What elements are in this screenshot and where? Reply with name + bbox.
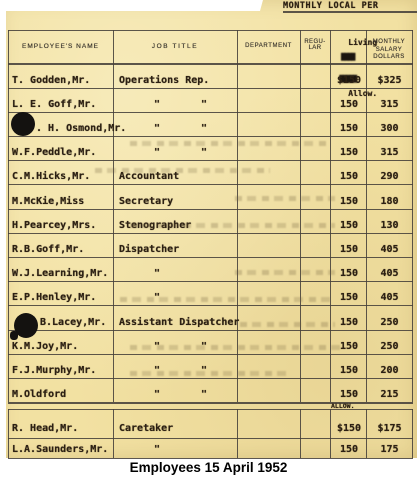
top-note-underline: [283, 11, 417, 13]
living-allowance: 150: [330, 244, 368, 255]
monthly-salary: 250: [365, 341, 414, 352]
job-title: Secretary: [119, 196, 173, 207]
employee-name: K.M.Joy,Mr.: [12, 341, 78, 352]
salary-line3: DOLLARS: [373, 54, 405, 60]
table-row: . H. Osmond,Mr. " " 150 300: [8, 123, 412, 137]
bleed-through: [130, 141, 330, 146]
table-row: B.Lacey,Mr. Assistant Dispatcher 150 250: [8, 317, 412, 331]
column-header-monthly-salary: MONTHLY SALARY DOLLARS: [366, 39, 412, 62]
bleed-through: [120, 297, 335, 302]
monthly-salary: 130: [365, 220, 414, 231]
table-line: [8, 438, 413, 439]
monthly-salary: 290: [365, 171, 414, 182]
column-header-employee-name: EMPLOYEE'S NAME: [8, 43, 113, 50]
monthly-salary: 405: [365, 292, 414, 303]
employee-name: . H. Osmond,Mr.: [36, 123, 126, 134]
living-allowance: 150: [330, 444, 368, 455]
monthly-salary: $325: [365, 75, 414, 86]
living-allowance: 150: [330, 196, 368, 207]
hole-punch: [11, 112, 35, 136]
hole-punch: [10, 331, 18, 340]
bleed-through: [130, 371, 290, 376]
column-header-job-title: JOB TITLE: [113, 43, 237, 50]
ditto-mark: ": [201, 123, 207, 134]
living-allowance: 150: [330, 123, 368, 134]
ditto-mark: ": [201, 99, 207, 110]
bleed-through: [130, 223, 335, 228]
caption: Employees 15 April 1952: [0, 460, 417, 475]
ditto-mark: ": [154, 444, 160, 455]
monthly-salary: 200: [365, 365, 414, 376]
job-title: Caretaker: [119, 423, 173, 434]
living-allowance: 150: [330, 268, 368, 279]
employee-name: M.Oldford: [12, 389, 66, 400]
bleed-through: [130, 345, 340, 350]
employee-name: B.Lacey,Mr.: [40, 317, 106, 328]
column-header-department: DEPARTMENT: [237, 43, 300, 49]
table-line: [8, 458, 413, 459]
monthly-salary: 180: [365, 196, 414, 207]
bleed-through: [240, 322, 335, 327]
monthly-salary: 315: [365, 147, 414, 158]
salary-line2: SALARY: [376, 47, 403, 53]
column-header-regular: REGU- LAR: [300, 39, 330, 51]
table-row: T. Godden,Mr. Operations Rep. $150 $325: [8, 75, 412, 89]
ditto-mark: ": [154, 123, 160, 134]
table-row: C.M.Hicks,Mr. Accountant 150 290: [8, 171, 412, 185]
living-allowance: 150: [330, 220, 368, 231]
living-struck-text: ████: [329, 54, 367, 61]
table-row: W.F.Peddle,Mr. " " 150 315: [8, 147, 412, 161]
table-row: R. Head,Mr. Caretaker $150 $175: [8, 423, 412, 437]
monthly-salary: $175: [365, 423, 414, 434]
living-allowance: 150: [330, 317, 368, 328]
ditto-mark: ": [154, 99, 160, 110]
ditto-mark: ": [201, 147, 207, 158]
living-allowance: 150: [330, 99, 368, 110]
living-allowance: 150: [330, 292, 368, 303]
employee-name: T. Godden,Mr.: [12, 75, 90, 86]
employee-name: F.J.Murphy,Mr.: [12, 365, 96, 376]
regular-line2: LAR: [309, 45, 322, 51]
living-allowance: 150: [330, 389, 368, 400]
living-line2: Allow.: [348, 89, 377, 98]
living-allowance: $150: [330, 75, 368, 86]
ditto-mark: ": [154, 268, 160, 279]
employee-name: H.Pearcey,Mrs.: [12, 220, 96, 231]
job-title: Dispatcher: [119, 244, 179, 255]
living-allowance: 150: [330, 365, 368, 376]
bleed-through: [235, 270, 335, 275]
top-note: MONTHLY LOCAL PER: [283, 1, 417, 11]
scanned-document-page: MONTHLY LOCAL PER EMPLOYEE'S NAME JOB TI…: [0, 0, 417, 480]
employee-name: L.A.Saunders,Mr.: [12, 444, 108, 455]
ditto-mark: ": [201, 389, 207, 400]
employee-name: M.McKie,Miss: [12, 196, 84, 207]
employee-name: L. E. Goff,Mr.: [12, 99, 96, 110]
employee-name: R. Head,Mr.: [12, 423, 78, 434]
monthly-salary: 405: [365, 244, 414, 255]
employee-name: W.F.Peddle,Mr.: [12, 147, 96, 158]
ditto-mark: ": [154, 389, 160, 400]
bleed-through: [235, 196, 335, 201]
monthly-salary: 215: [365, 389, 414, 400]
employee-name: W.J.Learning,Mr.: [12, 268, 108, 279]
living-allowance: 150: [330, 147, 368, 158]
monthly-salary: 175: [365, 444, 414, 455]
living-allowance: $150: [330, 423, 368, 434]
job-title: Assistant Dispatcher: [119, 317, 239, 328]
table-row: M.McKie,Miss Secretary 150 180: [8, 196, 412, 210]
column-header-living-allowance: Living ████ █████ Allow.: [329, 31, 367, 105]
living-allowance: 150: [330, 171, 368, 182]
employee-name: C.M.Hicks,Mr.: [12, 171, 90, 182]
table-row: W.J.Learning,Mr. " 150 405: [8, 268, 412, 282]
monthly-salary: 315: [365, 99, 414, 110]
monthly-salary: 300: [365, 123, 414, 134]
monthly-salary: 250: [365, 317, 414, 328]
table-row: M.Oldford " " 150 215: [8, 389, 412, 403]
employee-name: E.P.Henley,Mr.: [12, 292, 96, 303]
table-row: R.B.Goff,Mr. Dispatcher 150 405: [8, 244, 412, 258]
job-title: Operations Rep.: [119, 75, 209, 86]
monthly-salary: 405: [365, 268, 414, 279]
table-row: L.A.Saunders,Mr. " 150 175: [8, 444, 412, 458]
bleed-through: [95, 168, 270, 173]
employee-name: R.B.Goff,Mr.: [12, 244, 84, 255]
table-line: [8, 409, 413, 410]
table-row: L. E. Goff,Mr. " " 150 315: [8, 99, 412, 113]
ditto-mark: ": [154, 147, 160, 158]
salary-line1: MONTHLY: [373, 39, 405, 45]
